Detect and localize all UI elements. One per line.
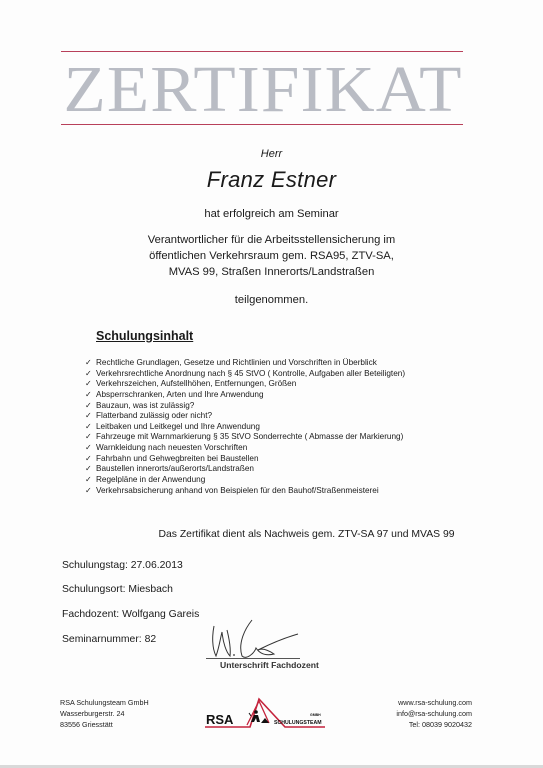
seminar-number: Seminarnummer: 82 <box>62 634 156 645</box>
content-item: ✓Regelpläne in der Anwendung <box>84 475 405 486</box>
proof-statement: Das Zertifikat dient als Nachweis gem. Z… <box>0 529 543 540</box>
rsa-logo: RSA GMBH SCHULUNGSTEAM <box>203 695 325 731</box>
company-street: Wasserburgerstr. 24 <box>60 708 149 719</box>
company-email[interactable]: info@rsa-schulung.com <box>396 708 472 719</box>
content-list: ✓Rechtliche Grundlagen, Gesetze und Rich… <box>84 358 405 496</box>
title-top-rule <box>61 51 463 52</box>
content-item-text: Warnkleidung nach neuesten Vorschriften <box>96 443 247 452</box>
company-city: 83556 Griesstätt <box>60 719 149 730</box>
checkmark-icon: ✓ <box>85 411 92 422</box>
company-contact: www.rsa-schulung.com info@rsa-schulung.c… <box>396 697 472 730</box>
content-item: ✓Rechtliche Grundlagen, Gesetze und Rich… <box>84 358 405 369</box>
completion-outro: teilgenommen. <box>0 292 543 308</box>
svg-text:SCHULUNGSTEAM: SCHULUNGSTEAM <box>274 720 322 726</box>
company-phone: Tel: 08039 9020432 <box>396 719 472 730</box>
content-item-text: Fahrzeuge mit Warnmarkierung § 35 StVO S… <box>96 432 403 441</box>
content-item: ✓Fahrbahn und Gehwegbreiten bei Baustell… <box>84 454 405 465</box>
content-item-text: Verkehrsabsicherung anhand von Beispiele… <box>96 486 379 495</box>
checkmark-icon: ✓ <box>85 358 92 369</box>
content-item-text: Verkehrsrechtliche Anordnung nach § 45 S… <box>96 369 405 378</box>
content-item: ✓Baustellen innerorts/außerorts/Landstra… <box>84 464 405 475</box>
course-line: Verantwortlicher für die Arbeitsstellens… <box>0 232 543 248</box>
svg-text:RSA: RSA <box>206 712 234 727</box>
training-location: Schulungsort: Miesbach <box>62 584 173 595</box>
content-item: ✓Verkehrsabsicherung anhand von Beispiel… <box>84 486 405 497</box>
signature-icon <box>200 618 330 663</box>
content-item-text: Absperrschranken, Arten und Ihre Anwendu… <box>96 390 264 399</box>
content-item-text: Baustellen innerorts/außerorts/Landstraß… <box>96 464 254 473</box>
course-line: öffentlichen Verkehrsraum gem. RSA95, ZT… <box>0 248 543 264</box>
content-item-text: Bauzaun, was ist zulässig? <box>96 401 194 410</box>
content-item-text: Flatterband zulässig oder nicht? <box>96 411 212 420</box>
content-item: ✓Absperrschranken, Arten und Ihre Anwend… <box>84 390 405 401</box>
checkmark-icon: ✓ <box>85 464 92 475</box>
checkmark-icon: ✓ <box>85 390 92 401</box>
certificate-title: ZERTIFIKAT <box>48 57 479 123</box>
checkmark-icon: ✓ <box>85 475 92 486</box>
checkmark-icon: ✓ <box>85 443 92 454</box>
signature-line <box>206 658 300 659</box>
content-item-text: Verkehrszeichen, Aufstellhöhen, Entfernu… <box>96 379 296 388</box>
instructor: Fachdozent: Wolfgang Gareis <box>62 609 199 620</box>
title-bottom-rule <box>61 124 463 125</box>
checkmark-icon: ✓ <box>85 422 92 433</box>
content-item-text: Leitbaken und Leitkegel und Ihre Anwendu… <box>96 422 260 431</box>
content-item-text: Regelpläne in der Anwendung <box>96 475 205 484</box>
signature-caption: Unterschrift Fachdozent <box>220 660 319 670</box>
completion-intro: hat erfolgreich am Seminar <box>0 206 543 222</box>
content-item: ✓Verkehrsrechtliche Anordnung nach § 45 … <box>84 369 405 380</box>
course-title: Verantwortlicher für die Arbeitsstellens… <box>0 232 543 280</box>
content-item: ✓Verkehrszeichen, Aufstellhöhen, Entfern… <box>84 379 405 390</box>
checkmark-icon: ✓ <box>85 486 92 497</box>
content-item-text: Rechtliche Grundlagen, Gesetze und Richt… <box>96 358 377 367</box>
checkmark-icon: ✓ <box>85 432 92 443</box>
salutation: Herr <box>0 148 543 160</box>
content-item-text: Fahrbahn und Gehwegbreiten bei Baustelle… <box>96 454 259 463</box>
checkmark-icon: ✓ <box>85 369 92 380</box>
content-item: ✓Flatterband zulässig oder nicht? <box>84 411 405 422</box>
svg-text:GMBH: GMBH <box>310 713 321 717</box>
content-item: ✓Bauzaun, was ist zulässig? <box>84 401 405 412</box>
checkmark-icon: ✓ <box>85 379 92 390</box>
checkmark-icon: ✓ <box>85 401 92 412</box>
company-name: RSA Schulungsteam GmbH <box>60 697 149 708</box>
content-heading: Schulungsinhalt <box>96 329 193 343</box>
content-item: ✓Warnkleidung nach neuesten Vorschriften <box>84 443 405 454</box>
course-line: MVAS 99, Straßen Innerorts/Landstraßen <box>0 264 543 280</box>
company-website[interactable]: www.rsa-schulung.com <box>396 697 472 708</box>
training-date: Schulungstag: 27.06.2013 <box>62 560 183 571</box>
checkmark-icon: ✓ <box>85 454 92 465</box>
content-item: ✓Leitbaken und Leitkegel und Ihre Anwend… <box>84 422 405 433</box>
recipient-name: Franz Estner <box>0 167 543 193</box>
content-item: ✓Fahrzeuge mit Warnmarkierung § 35 StVO … <box>84 432 405 443</box>
company-address: RSA Schulungsteam GmbH Wasserburgerstr. … <box>60 697 149 730</box>
